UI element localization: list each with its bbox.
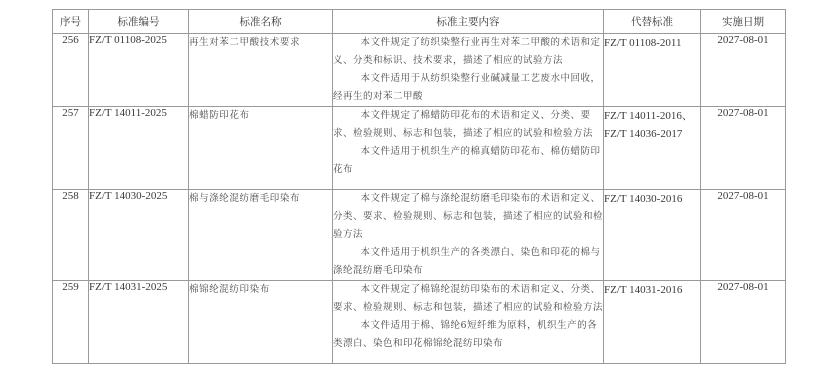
standard-code: FZ/T 14030-2025 — [89, 190, 189, 281]
content-scope: 本文件规定了棉锦纶混纺印染布的术语和定义、分类、要求、检验规则、标志和包装，描述… — [333, 281, 603, 317]
standard-code: FZ/T 14031-2025 — [89, 281, 189, 364]
replaced-standard: FZ/T 14011-2016、 FZ/T 14036-2017 — [604, 107, 701, 190]
standard-name: 再生对苯二甲酸技术要求 — [189, 34, 333, 107]
row-index: 257 — [53, 107, 89, 190]
content-scope: 本文件规定了棉蜡防印花布的术语和定义、分类、要求、检验规则、标志和包装，描述了相… — [333, 107, 603, 143]
header-content: 标准主要内容 — [333, 10, 604, 34]
table-row: 259 FZ/T 14031-2025 棉锦纶混纺印染布 本文件规定了棉锦纶混纺… — [53, 281, 786, 364]
standard-name: 棉锦纶混纺印染布 — [189, 281, 333, 364]
replaced-standard: FZ/T 01108-2011 — [604, 34, 701, 107]
standard-content: 本文件规定了棉蜡防印花布的术语和定义、分类、要求、检验规则、标志和包装，描述了相… — [333, 107, 604, 190]
content-applicability: 本文件适用于机织生产的各类漂白、染色和印花的棉与涤纶混纺磨毛印染布 — [333, 244, 603, 280]
table-row: 256 FZ/T 01108-2025 再生对苯二甲酸技术要求 本文件规定了纺织… — [53, 34, 786, 107]
header-code: 标准编号 — [89, 10, 189, 34]
header-replaces: 代替标准 — [604, 10, 701, 34]
row-index: 259 — [53, 281, 89, 364]
standard-name: 棉蜡防印花布 — [189, 107, 333, 190]
replaced-code: FZ/T 14030-2016 — [604, 190, 700, 208]
replaced-code: FZ/T 01108-2011 — [604, 34, 700, 52]
standard-content: 本文件规定了纺织染整行业再生对苯二甲酸的术语和定义、分类和标识、技术要求，描述了… — [333, 34, 604, 107]
effective-date: 2027-08-01 — [701, 190, 786, 281]
standard-code: FZ/T 01108-2025 — [89, 34, 189, 107]
content-applicability: 本文件适用于从纺织染整行业碱减量工艺废水中回收，经再生的对苯二甲酸 — [333, 70, 603, 106]
effective-date: 2027-08-01 — [701, 281, 786, 364]
table-row: 258 FZ/T 14030-2025 棉与涤纶混纺磨毛印染布 本文件规定了棉与… — [53, 190, 786, 281]
header-row: 序号 标准编号 标准名称 标准主要内容 代替标准 实施日期 — [53, 10, 786, 34]
header-name: 标准名称 — [189, 10, 333, 34]
content-scope: 本文件规定了棉与涤纶混纺磨毛印染布的术语和定义、分类、要求、检验规则、标志和包装… — [333, 190, 603, 244]
row-index: 258 — [53, 190, 89, 281]
content-applicability: 本文件适用于棉、锦纶6短纤维为原料，机织生产的各类漂白、染色和印花棉锦纶混纺印染… — [333, 317, 603, 353]
replaced-code: FZ/T 14031-2016 — [604, 281, 700, 299]
standard-content: 本文件规定了棉与涤纶混纺磨毛印染布的术语和定义、分类、要求、检验规则、标志和包装… — [333, 190, 604, 281]
effective-date: 2027-08-01 — [701, 107, 786, 190]
standard-name: 棉与涤纶混纺磨毛印染布 — [189, 190, 333, 281]
standards-table: 序号 标准编号 标准名称 标准主要内容 代替标准 实施日期 256 FZ/T 0… — [52, 9, 786, 364]
header-date: 实施日期 — [701, 10, 786, 34]
standard-code: FZ/T 14011-2025 — [89, 107, 189, 190]
table-row: 257 FZ/T 14011-2025 棉蜡防印花布 本文件规定了棉蜡防印花布的… — [53, 107, 786, 190]
content-applicability: 本文件适用于机织生产的棉真蜡防印花布、棉仿蜡防印花布 — [333, 143, 603, 179]
row-index: 256 — [53, 34, 89, 107]
replaced-code: FZ/T 14036-2017 — [604, 125, 700, 143]
effective-date: 2027-08-01 — [701, 34, 786, 107]
replaced-code: FZ/T 14011-2016、 — [604, 107, 700, 125]
content-scope: 本文件规定了纺织染整行业再生对苯二甲酸的术语和定义、分类和标识、技术要求，描述了… — [333, 34, 603, 70]
header-index: 序号 — [53, 10, 89, 34]
standard-content: 本文件规定了棉锦纶混纺印染布的术语和定义、分类、要求、检验规则、标志和包装，描述… — [333, 281, 604, 364]
replaced-standard: FZ/T 14031-2016 — [604, 281, 701, 364]
replaced-standard: FZ/T 14030-2016 — [604, 190, 701, 281]
